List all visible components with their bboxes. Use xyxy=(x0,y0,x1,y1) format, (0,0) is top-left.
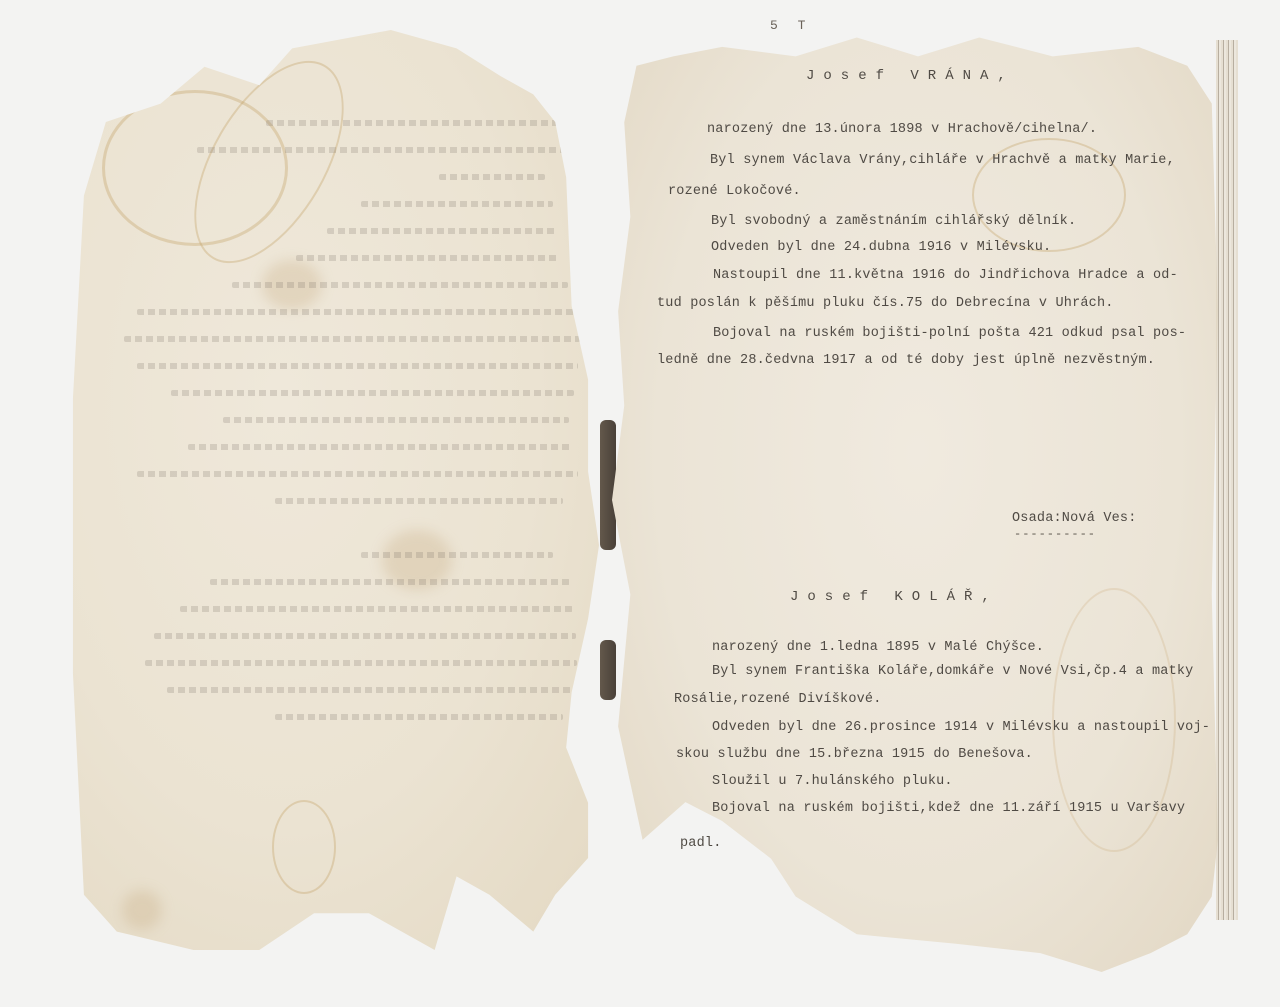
bleed-line xyxy=(197,147,571,153)
bleed-line xyxy=(223,417,569,423)
page-edge-stack xyxy=(1216,40,1238,920)
section-label-osada: Osada:Nová Ves: xyxy=(1012,511,1137,526)
entry-line: Byl synem Františka Koláře,domkáře v Nov… xyxy=(712,664,1193,679)
bleed-line xyxy=(361,552,553,558)
entry-line: Rosálie,rozené Divíškové. xyxy=(674,692,882,707)
bleed-through-text xyxy=(102,120,582,741)
bleed-line xyxy=(171,390,574,396)
bleed-line xyxy=(275,714,563,720)
left-page xyxy=(62,30,610,950)
bleed-line xyxy=(232,282,568,288)
entry-line: Odveden byl dne 26.prosince 1914 v Milév… xyxy=(712,720,1210,735)
entry-line: skou službu dne 15.března 1915 do Benešo… xyxy=(676,747,1033,762)
water-stain xyxy=(272,800,336,894)
bleed-line xyxy=(266,120,564,126)
bleed-line xyxy=(210,579,570,585)
bleed-line xyxy=(167,687,575,693)
entry-line: ledně dne 28.čedvna 1917 a od té doby je… xyxy=(657,353,1155,368)
stain-blot xyxy=(122,890,162,930)
bleed-line xyxy=(327,228,557,234)
entry-name-kolar: Josef KOLÁŘ, xyxy=(790,589,999,605)
section-underline: ---------- xyxy=(1014,527,1096,541)
document-photo: 5 T Josef VRÁNA, narozený dne 13.února 1… xyxy=(0,0,1280,1007)
page-corner-mark: 5 T xyxy=(770,18,811,33)
bleed-line xyxy=(137,309,579,315)
entry-name-vrana: Josef VRÁNA, xyxy=(806,68,1015,84)
entry-line: Sloužil u 7.hulánského pluku. xyxy=(712,774,953,789)
entry-line: Odveden byl dne 24.dubna 1916 v Milévsku… xyxy=(711,240,1051,255)
right-page xyxy=(612,28,1224,972)
bleed-line xyxy=(439,174,545,180)
bleed-line xyxy=(180,606,574,612)
entry-line: Byl svobodný a zaměstnáním cihlářský děl… xyxy=(711,214,1076,229)
bleed-line xyxy=(154,633,576,639)
entry-line: Byl synem Václava Vrány,cihláře v Hrachv… xyxy=(710,153,1175,168)
bleed-line xyxy=(137,471,579,477)
bleed-line xyxy=(137,363,579,369)
bleed-line xyxy=(275,498,563,504)
bleed-line xyxy=(296,255,560,261)
bleed-line xyxy=(188,444,572,450)
entry-line: rozené Lokočové. xyxy=(668,184,801,199)
binding-tear xyxy=(600,420,616,550)
entry-line: Bojoval na ruském bojišti,kdež dne 11.zá… xyxy=(712,801,1185,816)
entry-line: narozený dne 13.února 1898 v Hrachově/ci… xyxy=(707,122,1097,137)
entry-line: Bojoval na ruském bojišti-polní pošta 42… xyxy=(713,326,1186,341)
bleed-line xyxy=(124,336,580,342)
entry-line: Nastoupil dne 11.května 1916 do Jindřich… xyxy=(713,268,1178,283)
entry-line: narozený dne 1.ledna 1895 v Malé Chýšce. xyxy=(712,640,1044,655)
entry-line: tud poslán k pěšímu pluku čís.75 do Debr… xyxy=(657,296,1114,311)
bleed-line xyxy=(145,660,577,666)
bleed-line xyxy=(361,201,553,207)
entry-line: padl. xyxy=(680,836,722,851)
binding-tear xyxy=(600,640,616,700)
